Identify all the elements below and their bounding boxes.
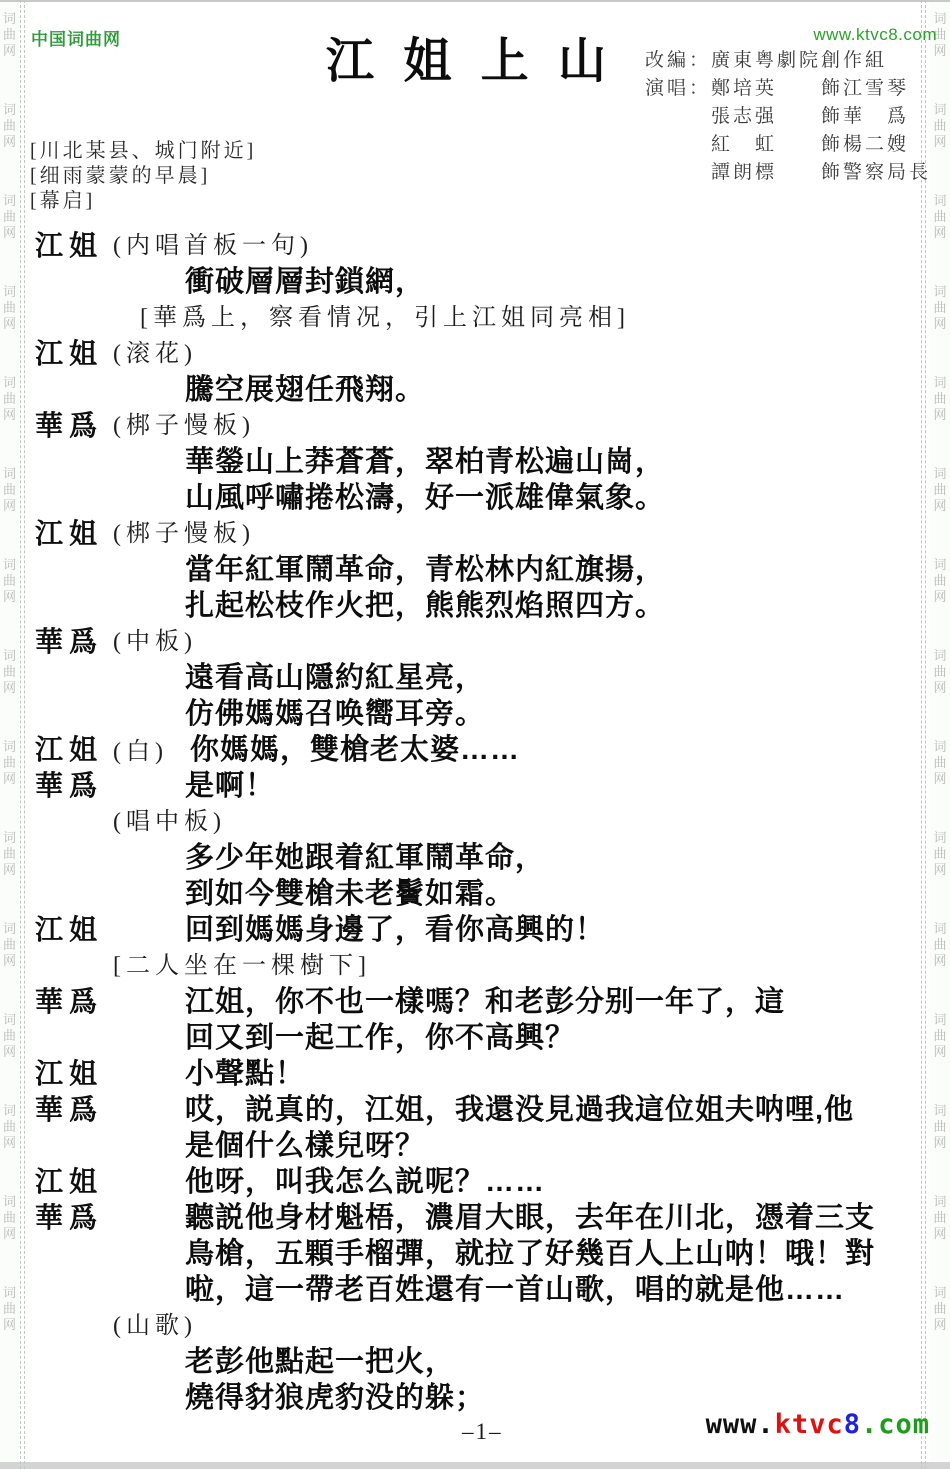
line-text: 哎，説真的，江姐，我還没見過我這位姐夫呐哩,他 [185,1094,854,1126]
script-row: 華鎣山上莽蒼蒼，翠柏青松遍山崗， [0,444,950,480]
line-content: 仿佛媽媽召唤嚮耳旁。 [0,696,485,737]
stage-cue: (内唱首板一句) [113,233,313,259]
speaker-name: 江姐 [35,732,103,768]
speaker-name: 江姐 [35,912,103,948]
stage-direction: [華爲上，察看情况，引上江姐同亮相] [140,305,630,331]
script-row: 華爲聽説他身材魁梧，濃眉大眼，去年在川北，憑着三支 [0,1200,950,1236]
credit-line: 改編：廣東粤劇院創作組 [645,47,931,75]
line-content: 衝破層層封鎖網， [0,264,425,305]
script-row: (山歌) [0,1308,950,1344]
line-content: 山風呼嘯捲松濤，好一派雄偉氣象。 [0,480,665,521]
edge-watermark-char: 曲 [0,118,19,134]
script-row: 衝破層層封鎖網， [0,264,950,300]
script-row: 多少年她跟着紅軍鬧革命， [0,840,950,876]
bottom-border [0,1462,950,1469]
stage-cue: (滚花) [113,341,197,367]
script-row: 仿佛媽媽召唤嚮耳旁。 [0,696,950,732]
script-row: 江姐(梆子慢板) [0,516,950,552]
edge-watermark-group: 词曲网 [930,102,950,150]
speaker-name: 華爲 [35,1092,103,1128]
script-row: 扎起松枝作火把，熊熊烈焰照四方。 [0,588,950,624]
page-title: 江 姐 上 山 [326,22,614,91]
edge-watermark-char: 网 [0,43,19,59]
speaker-name: 江姐 [35,228,103,264]
speaker-name: 江姐 [35,1056,103,1092]
line-text: 江姐，你不也一樣嗎？和老彭分别一年了，這 [185,986,785,1018]
line-content: 騰空展翅任飛翔。 [0,372,425,413]
line-content: 遠看高山隱約紅星亮， [0,660,485,701]
edge-watermark-char: 网 [0,134,19,150]
line-text: 燒得豺狼虎豹没的躲； [185,1382,485,1414]
site-watermark: www.ktvc8.com [706,1409,930,1440]
speaker-name: 華爲 [35,1200,103,1236]
edge-watermark-char: 曲 [0,209,19,225]
edge-watermark-char: 网 [930,134,950,150]
line-content: 燒得豺狼虎豹没的躲； [0,1380,485,1421]
line-text: 聽説他身材魁梧，濃眉大眼，去年在川北，憑着三支 [185,1202,875,1234]
edge-watermark-char: 词 [0,193,19,209]
stage-cue: (山歌) [113,1313,197,1339]
speaker-name: 江姐 [35,516,103,552]
line-text: 到如今雙槍未老鬢如霜。 [185,878,515,910]
script-row: 華爲江姐，你不也一樣嗎？和老彭分别一年了，這 [0,984,950,1020]
speaker-name: 華爲 [35,624,103,660]
page-number: –1– [462,1419,503,1445]
speaker-name: 江姐 [35,1164,103,1200]
script-row: 江姐回到媽媽身邊了，看你高興的！ [0,912,950,948]
script-row: 是個什么樣兒呀？ [0,1128,950,1164]
line-text: 山風呼嘯捲松濤，好一派雄偉氣象。 [185,482,665,514]
speaker-name: 華爲 [35,408,103,444]
line-text: 老彭他點起一把火， [185,1346,455,1378]
speaker-name: 江姐 [35,336,103,372]
script-row: (唱中板) [0,804,950,840]
line-content: (山歌) [0,1308,197,1347]
script-row: 華爲是啊！ [0,768,950,804]
credit-line: 演唱：鄭培英 飾江雪琴 [645,75,931,103]
speaker-name: 華爲 [35,768,103,804]
line-text: 華鎣山上莽蒼蒼，翠柏青松遍山崗， [185,446,665,478]
line-content: 鳥槍，五顆手榴彈，就拉了好幾百人上山呐！哦！對 [0,1236,875,1277]
line-text: 小聲點！ [185,1058,305,1090]
scene-direction-line: [细雨蒙蒙的早晨] [30,164,256,189]
line-content: [華爲上，察看情况，引上江姐同亮相] [0,300,630,339]
script-row: 回又到一起工作，你不高興？ [0,1020,950,1056]
line-text: 多少年她跟着紅軍鬧革命， [185,842,545,874]
edge-watermark-char: 词 [0,102,19,118]
line-content: 啦，這一帶老百姓還有一首山歌，唱的就是他…… [0,1272,845,1313]
edge-watermark-char: 词 [0,11,19,27]
watermark-com: .com [861,1409,930,1440]
edge-watermark-group: 词曲网 [0,11,19,59]
script-row: 華爲(梆子慢板) [0,408,950,444]
script-row: [二人坐在一棵樹下] [0,948,950,984]
scene-directions: [川北某县、城门附近][细雨蒙蒙的早晨][幕启] [30,139,256,214]
script-row: 到如今雙槍未老鬢如霜。 [0,876,950,912]
watermark-www: www. [706,1409,775,1440]
top-border [0,0,950,2]
line-content: 到如今雙槍未老鬢如霜。 [0,876,515,917]
script-row: 江姐他呀，叫我怎么説呢？…… [0,1164,950,1200]
line-text: 遠看高山隱約紅星亮， [185,662,485,694]
line-content: 聽説他身材魁梧，濃眉大眼，去年在川北，憑着三支 [0,1200,875,1241]
script-row: 遠看高山隱約紅星亮， [0,660,950,696]
watermark-8: 8 [844,1409,861,1440]
line-content: 哎，説真的，江姐，我還没見過我這位姐夫呐哩,他 [0,1092,854,1133]
stage-cue: (唱中板) [113,809,226,835]
stage-cue: (梆子慢板) [113,521,255,547]
script-row: 山風呼嘯捲松濤，好一派雄偉氣象。 [0,480,950,516]
scene-direction-line: [川北某县、城门附近] [30,139,256,164]
edge-watermark-char: 曲 [930,209,950,225]
credit-line: 紅 虹 飾楊二嫂 [645,131,931,159]
line-content: 是個什么樣兒呀？ [0,1128,425,1169]
script-row: 騰空展翅任飛翔。 [0,372,950,408]
line-text: 衝破層層封鎖網， [185,266,425,298]
line-content: 老彭他點起一把火， [0,1344,455,1385]
stage-cue: (白) [113,739,168,765]
edge-watermark-char: 曲 [0,27,19,43]
site-url-link[interactable]: www.ktvc8.com [813,25,937,45]
line-text: 仿佛媽媽召唤嚮耳旁。 [185,698,485,730]
line-text: 是個什么樣兒呀？ [185,1130,425,1162]
line-text: 是啊！ [185,770,275,802]
credits-block: 改編：廣東粤劇院創作組演唱：鄭培英 飾江雪琴 張志强 飾華 爲 紅 虹 飾楊二嫂… [645,47,931,187]
script-body: 江姐(内唱首板一句)衝破層層封鎖網，[華爲上，察看情况，引上江姐同亮相]江姐(滚… [0,228,950,1416]
line-text: 回到媽媽身邊了，看你高興的！ [185,914,605,946]
line-text: 你媽媽，雙槍老太婆…… [190,734,520,766]
stage-cue: (中板) [113,629,197,655]
stage-cue: (梆子慢板) [113,413,255,439]
script-row: 江姐(白)你媽媽，雙槍老太婆…… [0,732,950,768]
line-text: 騰空展翅任飛翔。 [185,374,425,406]
credit-line: 張志强 飾華 爲 [645,103,931,131]
script-row: 老彭他點起一把火， [0,1344,950,1380]
line-text: 扎起松枝作火把，熊熊烈焰照四方。 [185,590,665,622]
script-row: 啦，這一帶老百姓還有一首山歌，唱的就是他…… [0,1272,950,1308]
script-row: 江姐小聲點！ [0,1056,950,1092]
line-text: 他呀，叫我怎么説呢？…… [185,1166,545,1198]
line-content: 華鎣山上莽蒼蒼，翠柏青松遍山崗， [0,444,665,485]
script-row: 江姐(内唱首板一句) [0,228,950,264]
line-text: 啦，這一帶老百姓還有一首山歌，唱的就是他…… [185,1274,845,1306]
edge-watermark-char: 网 [930,43,950,59]
scene-direction-line: [幕启] [30,189,256,214]
line-content: 當年紅軍鬧革命，青松林内紅旗揚， [0,552,665,593]
line-text: 回又到一起工作，你不高興？ [185,1022,575,1054]
watermark-ktvc: ktvc [775,1409,844,1440]
line-content: [二人坐在一棵樹下] [0,948,371,987]
stage-direction: [二人坐在一棵樹下] [113,953,371,979]
edge-watermark-char: 曲 [930,118,950,134]
line-content: (唱中板) [0,804,226,843]
site-logo[interactable]: 中国词曲网 [31,25,121,50]
edge-watermark-char: 词 [930,193,950,209]
line-text: 當年紅軍鬧革命，青松林内紅旗揚， [185,554,665,586]
script-row: 江姐(滚花) [0,336,950,372]
line-content: 回又到一起工作，你不高興？ [0,1020,575,1061]
script-row: [華爲上，察看情况，引上江姐同亮相] [0,300,950,336]
script-row: 華爲(中板) [0,624,950,660]
line-content: 多少年她跟着紅軍鬧革命， [0,840,545,881]
edge-watermark-group: 词曲网 [0,102,19,150]
line-content: 江姐，你不也一樣嗎？和老彭分别一年了，這 [0,984,785,1025]
script-row: 華爲哎，説真的，江姐，我還没見過我這位姐夫呐哩,他 [0,1092,950,1128]
script-row: 當年紅軍鬧革命，青松林内紅旗揚， [0,552,950,588]
edge-watermark-char: 词 [930,102,950,118]
line-content: 扎起松枝作火把，熊熊烈焰照四方。 [0,588,665,629]
speaker-name: 華爲 [35,984,103,1020]
script-row: 鳥槍，五顆手榴彈，就拉了好幾百人上山呐！哦！對 [0,1236,950,1272]
line-text: 鳥槍，五顆手榴彈，就拉了好幾百人上山呐！哦！對 [185,1238,875,1270]
credit-line: 譚朗標 飾警察局長 [645,159,931,187]
